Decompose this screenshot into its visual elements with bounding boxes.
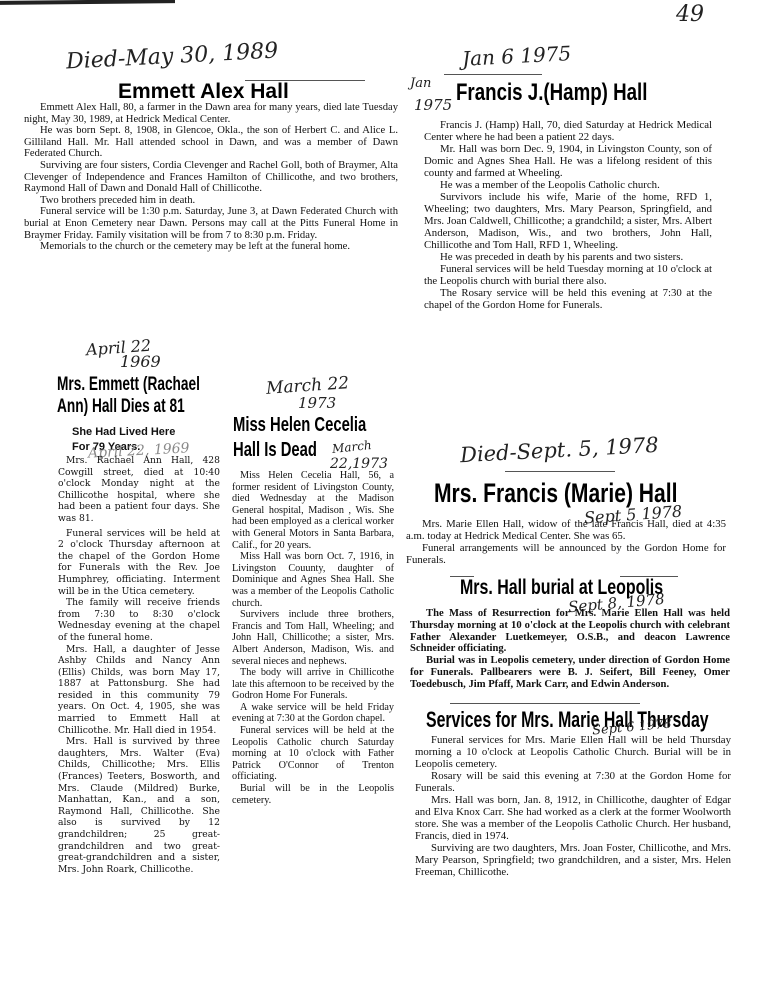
paragraph: The body will arrive in Chillicothe late… <box>232 667 394 702</box>
divider-rule <box>505 471 615 472</box>
handwritten-margin-year: 1975 <box>414 96 452 114</box>
paragraph: Mrs. Hall was born, Jan. 8, 1912, in Chi… <box>415 794 731 842</box>
handwritten-date: Jan 6 1975 <box>461 41 571 71</box>
obituary-body: Miss Helen Cecelia Hall, 56, a former re… <box>232 470 394 806</box>
paragraph: Mr. Hall was born Dec. 9, 1904, in Livin… <box>424 143 712 179</box>
obituary-body: Mrs. Rachael Ann Hall, 428 Cowgill stree… <box>58 455 220 875</box>
obituary-title-line1: Mrs. Emmett (Rachael <box>57 374 200 396</box>
paragraph: The family will receive friends from 7:3… <box>58 597 220 643</box>
paragraph: Surviving are four sisters, Cordia Cleve… <box>24 160 398 195</box>
top-edge-stroke <box>0 0 175 5</box>
paragraph: Survivors include his wife, Marie of the… <box>424 191 712 251</box>
obituary-body: The Mass of Resurrection for Mrs. Marie … <box>410 608 730 691</box>
obituary-body: Emmett Alex Hall, 80, a farmer in the Da… <box>24 102 398 253</box>
paragraph: Funeral arrangements will be announced b… <box>406 542 726 566</box>
paragraph: Funeral services will be held at the Leo… <box>232 725 394 783</box>
paragraph: Funeral services will be held at 2 o'clo… <box>58 528 220 598</box>
obituary-title-line1: Miss Helen Cecelia <box>233 414 366 437</box>
paragraph: Memorials to the church or the cemetery … <box>24 241 398 253</box>
paragraph: Miss Helen Cecelia Hall, 56, a former re… <box>232 470 394 551</box>
obituary-title: Emmett Alex Hall <box>118 80 289 104</box>
handwritten-date: Died-May 30, 1989 <box>65 38 278 74</box>
obituary-title-line2: Hall Is Dead <box>233 439 317 462</box>
handwritten-date: Died-Sept. 5, 1978 <box>460 433 660 467</box>
obituary-subtitle-line1: She Had Lived Here <box>72 425 175 440</box>
obituary-body: Mrs. Marie Ellen Hall, widow of the late… <box>406 518 726 566</box>
paragraph: Funeral services will be held Tuesday mo… <box>424 263 712 287</box>
paragraph: He was preceded in death by his parents … <box>424 251 712 263</box>
handwritten-margin-date: Jan <box>410 76 431 91</box>
handwritten-overlay-line1: March <box>331 438 372 456</box>
paragraph: Francis J. (Hamp) Hall, 70, died Saturda… <box>424 119 712 143</box>
paragraph: He was a member of the Leopolis Catholic… <box>424 179 712 191</box>
paragraph: The Mass of Resurrection for Mrs. Marie … <box>410 608 730 655</box>
paragraph: Emmett Alex Hall, 80, a farmer in the Da… <box>24 102 398 125</box>
paragraph: Mrs. Hall is survived by three daughters… <box>58 736 220 875</box>
paragraph: He was born Sept. 8, 1908, in Glencoe, O… <box>24 125 398 160</box>
handwritten-date-line2: 1973 <box>298 394 336 412</box>
handwritten-margin-month: Jan <box>410 76 431 91</box>
handwritten-date-line2: 1969 <box>120 352 161 371</box>
paragraph: Funeral service will be 1:30 p.m. Saturd… <box>24 206 398 241</box>
paragraph: Funeral services for Mrs. Marie Ellen Ha… <box>415 734 731 770</box>
obituary-body: Francis J. (Hamp) Hall, 70, died Saturda… <box>424 119 712 311</box>
obituary-title: Francis J.(Hamp) Hall <box>456 79 647 107</box>
paragraph: Rosary will be said this evening at 7:30… <box>415 770 731 794</box>
divider-rule <box>450 703 640 704</box>
paragraph: Surviving are two daughters, Mrs. Joan F… <box>415 842 731 878</box>
divider-rule <box>444 74 542 75</box>
paragraph: Burial was in Leopolis cemetery, under d… <box>410 655 730 690</box>
paragraph: Miss Hall was born Oct. 7, 1916, in Livi… <box>232 551 394 609</box>
paragraph: Mrs. Marie Ellen Hall, widow of the late… <box>406 518 726 542</box>
page-number-note: 49 <box>676 2 704 27</box>
paragraph: Survivers include three brothers, Franci… <box>232 609 394 667</box>
paragraph: Two brothers preceded him in death. <box>24 195 398 207</box>
paragraph: Mrs. Rachael Ann Hall, 428 Cowgill stree… <box>58 455 220 525</box>
paragraph: A wake service will be held Friday eveni… <box>232 702 394 725</box>
paragraph: Burial will be in the Leopolis cemetery. <box>232 783 394 806</box>
paragraph: Mrs. Hall, a daughter of Jesse Ashby Chi… <box>58 644 220 737</box>
paragraph: The Rosary service will be held this eve… <box>424 287 712 311</box>
obituary-title-line2: Ann) Hall Dies at 81 <box>57 396 185 418</box>
obituary-body: Funeral services for Mrs. Marie Ellen Ha… <box>415 734 731 878</box>
